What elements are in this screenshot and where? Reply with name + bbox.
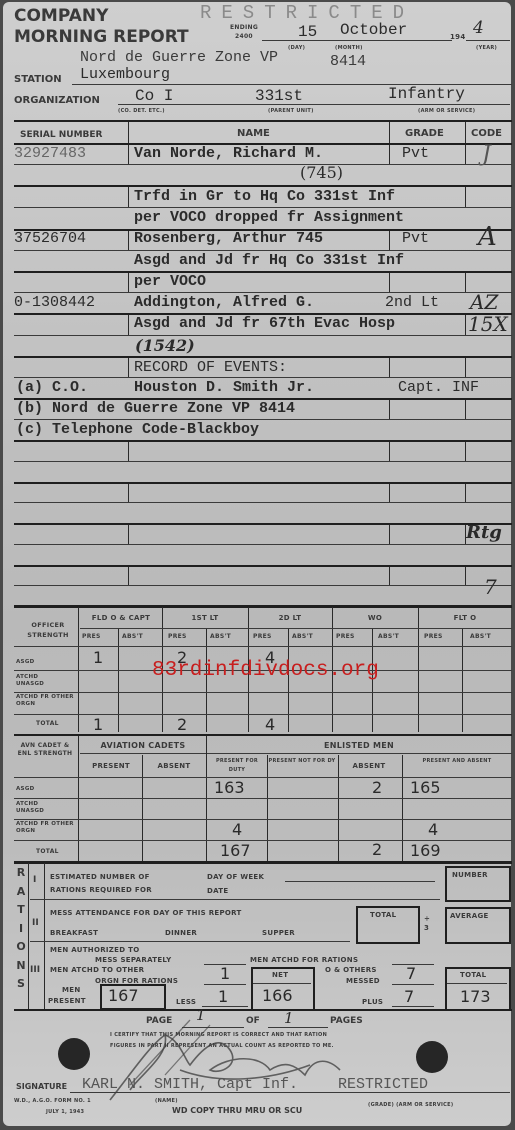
grid-line [14, 692, 512, 693]
rations-letter: O [15, 938, 27, 957]
roster-rule [14, 565, 512, 567]
org-company-caption: (CO. DET. ETC.) [118, 108, 165, 114]
col-divider [465, 400, 466, 419]
grid-line [44, 863, 45, 1009]
row-label-atchd-unasgd: ATCHD UNASGD [16, 801, 66, 815]
section-ii-numeral: II [32, 918, 39, 928]
men-atchd-for-rations-label: MEN ATCHD FOR RATIONS [250, 956, 358, 964]
grid-line [30, 941, 350, 942]
sub-col-pres: PRES [82, 633, 101, 640]
ending-time: 2400 [235, 33, 253, 40]
row-label-total: TOTAL [36, 720, 59, 727]
col-name: NAME [237, 128, 270, 139]
col-divider [128, 315, 129, 335]
roster-rule [14, 523, 512, 525]
serial-number: 0-1308442 [14, 294, 95, 311]
station-value: Luxembourg [80, 66, 170, 83]
col-present-not-for-duty: PRESENT NOT FOR DY [268, 757, 336, 766]
form-title-company: COMPANY [14, 6, 108, 26]
station-label: STATION [14, 74, 62, 85]
day-of-week-field [285, 881, 435, 882]
signature-typed-name: KARL N. SMITH, Capt Inf. [82, 1076, 298, 1093]
col-divider [465, 187, 466, 207]
col-divider [389, 567, 390, 585]
roster-note: (745) [300, 163, 343, 182]
margin-note: 7 [484, 575, 497, 599]
year-prefix: 194 [450, 33, 466, 41]
roster-rule [14, 440, 512, 442]
men-present-label: MEN [62, 986, 81, 994]
roster-rule [14, 461, 512, 462]
roster-note: Asgd and Jd fr 67th Evac Hosp [134, 315, 395, 332]
grid-line [206, 736, 207, 862]
col-divider [465, 122, 466, 143]
row-label-asgd: ASGD [16, 786, 35, 792]
roster-top-rule [14, 120, 512, 122]
rations-letter: I [15, 920, 27, 939]
roster-note: (1542) [135, 336, 195, 355]
grid-line [338, 755, 339, 862]
year-caption: (YEAR) [476, 45, 497, 51]
grid-line [14, 861, 512, 864]
organization-underline [118, 104, 510, 105]
aviation-cadets-label: AVIATION CADETS [80, 741, 206, 750]
mess-total-label: TOTAL [370, 911, 396, 919]
roster-name: Rosenberg, Arthur 745 [134, 230, 323, 247]
grid-line [462, 628, 463, 732]
grade: Pvt [402, 145, 429, 162]
row-label-asgd: ASGD [16, 659, 35, 665]
watermark: 83rdinfdivdocs.org [152, 659, 379, 682]
month-caption: (MONTH) [335, 45, 363, 51]
grid-line [118, 628, 119, 732]
group-1st-lt: 1ST LT [162, 614, 248, 622]
grid-line [14, 714, 512, 715]
roster-rule [14, 544, 512, 545]
atchd-other-value: 1 [220, 964, 230, 983]
row-label-total: TOTAL [36, 848, 59, 855]
status-code: J [482, 142, 491, 167]
col-divider [389, 484, 390, 502]
col-divider [389, 122, 390, 143]
col-divider [128, 525, 129, 544]
asgd-absent: 2 [372, 778, 382, 797]
status-code: A [478, 222, 497, 252]
col-divider [389, 400, 390, 419]
sub-col-pres: PRES [424, 633, 443, 640]
row-label-atchd-fr-other: ATCHD FR OTHER ORGN [16, 694, 76, 708]
margin-note: Rtg [466, 522, 502, 543]
o-others-label: O & OTHERS [325, 966, 377, 974]
name-caption: (NAME) [155, 1098, 178, 1104]
roster-rule [14, 250, 512, 251]
section-iii-numeral: III [30, 965, 40, 975]
estimated-rations-label: ESTIMATED NUMBER OF [50, 873, 150, 881]
report-day: 15 [298, 23, 317, 41]
officer-strength-title: OFFICER STRENGTH [18, 620, 78, 640]
ending-label: ENDING [230, 24, 258, 31]
col-divider [389, 358, 390, 377]
net-label: NET [272, 971, 288, 979]
col-absent: ABSENT [338, 762, 400, 770]
col-present-for-duty: PRESENT FOR DUTY [208, 757, 266, 775]
col-divider [389, 145, 390, 164]
grade: 2nd Lt [385, 294, 439, 311]
men-present-label: PRESENT [48, 997, 86, 1005]
rations-letter: T [15, 901, 27, 920]
signature-line [70, 1092, 510, 1093]
group-wo: WO [332, 614, 418, 622]
net-divider [253, 983, 311, 984]
form-id: W.D., A.G.O. FORM NO. 1 [14, 1098, 91, 1104]
roster-note: Asgd and Jd fr Hq Co 331st Inf [134, 252, 404, 269]
location-note: Nord de Guerre Zone VP [80, 49, 278, 66]
roster-note: per VOCO dropped fr Assignment [134, 209, 404, 226]
atchd-other-present-and-absent: 4 [428, 820, 438, 839]
less-value: 1 [218, 987, 228, 1006]
col-divider [389, 442, 390, 461]
messed-label: MESSED [346, 977, 380, 985]
col-divider [128, 273, 129, 292]
messed-field [392, 984, 434, 985]
sub-col-pres: PRES [253, 633, 272, 640]
row-label-atchd-unasgd: ATCHD UNASGD [16, 674, 66, 688]
men-authorized-label: MEN AUTHORIZED TO [50, 946, 139, 954]
roster-rule [14, 292, 512, 293]
year-suffix: 4 [473, 18, 484, 38]
location-grid: 8414 [330, 53, 366, 70]
row-label-atchd-fr-other: ATCHD FR OTHER ORGN [16, 821, 76, 835]
fld-capt-total-pres: 1 [93, 715, 103, 734]
organization-label: ORGANIZATION [14, 95, 100, 106]
grade: Pvt [402, 230, 429, 247]
less-label: LESS [176, 998, 196, 1006]
grid-line [14, 734, 512, 736]
grid-line [402, 755, 403, 862]
col-divider [465, 484, 466, 502]
group-flt-o: FLT O [418, 614, 512, 622]
roster-rule [14, 419, 512, 420]
rations-side-label: R A T I O N S [15, 864, 27, 994]
total-absent: 2 [372, 840, 382, 859]
number-label: NUMBER [452, 871, 488, 879]
section-i-numeral: I [33, 875, 36, 885]
col-divider [465, 358, 466, 377]
roster-bottom-rule [14, 605, 512, 608]
year-underline [466, 40, 510, 41]
sub-col-pres: PRES [168, 633, 187, 640]
sub-col-pres: PRES [336, 633, 355, 640]
atchd-other-present-for-duty: 4 [232, 820, 242, 839]
org-arm-caption: (ARM OR SERVICE) [418, 108, 475, 114]
col-divider [389, 525, 390, 544]
less-field [202, 1006, 248, 1007]
rations-letter: N [15, 957, 27, 976]
rations-letter: R [15, 864, 27, 883]
org-arm: Infantry [388, 85, 465, 103]
asgd-present-and-absent: 165 [410, 778, 441, 797]
col-divider [128, 187, 129, 207]
total-present-and-absent: 169 [410, 841, 441, 860]
col-divider [128, 484, 129, 502]
estimated-rations-label: RATIONS REQUIRED FOR [50, 886, 152, 894]
plus-field [392, 1006, 434, 1007]
roster-rule [14, 482, 512, 484]
enlisted-men-label: ENLISTED MEN [206, 741, 512, 750]
event-a-commanding-officer: Houston D. Smith Jr. [134, 379, 314, 396]
1st-lt-total-pres: 2 [177, 715, 187, 734]
roster-rule [14, 164, 512, 165]
roster-rule [14, 185, 512, 187]
org-company: Co I [135, 87, 173, 105]
roster-rule [14, 585, 512, 586]
rations-letter: S [15, 975, 27, 994]
grid-line [142, 755, 143, 862]
average-label: AVERAGE [450, 912, 489, 920]
org-parent: 331st [255, 87, 303, 105]
supper-label: SUPPER [262, 929, 295, 937]
grid-line [80, 628, 512, 629]
event-c-telephone-code: (c) Telephone Code-Blackboy [16, 421, 259, 438]
col-divider [389, 273, 390, 292]
col-grade: GRADE [405, 128, 444, 139]
roster-rule [14, 502, 512, 503]
col-divider [465, 567, 466, 585]
sub-col-abst: ABS'T [378, 633, 399, 640]
date-label: DATE [207, 887, 228, 895]
men-present-value: 167 [108, 986, 139, 1005]
date-underline [262, 40, 452, 41]
form-title-morning-report: MORNING REPORT [14, 27, 189, 47]
dinner-label: DINNER [165, 929, 197, 937]
grid-line [14, 646, 512, 647]
col-divider [465, 273, 466, 292]
sub-col-abst: ABS'T [470, 633, 491, 640]
day-of-week-label: DAY OF WEEK [207, 873, 264, 881]
status-code: AZ [470, 290, 498, 314]
grid-line [78, 736, 79, 862]
event-b-location: (b) Nord de Guerre Zone VP 8414 [16, 400, 295, 417]
status-code: 15X [468, 312, 508, 336]
roster-rule [14, 207, 512, 208]
event-a-label: (a) C.O. [16, 379, 88, 396]
col-divider [128, 231, 129, 250]
mess-attendance-label: MESS ATTENDANCE FOR DAY OF THIS REPORT [50, 909, 242, 917]
grid-line [28, 863, 29, 1009]
col-divider [465, 315, 466, 335]
plus-value: 7 [404, 987, 414, 1006]
signature-restricted-stamp: RESTRICTED [338, 1076, 428, 1093]
col-present-and-absent: PRESENT AND ABSENT [402, 757, 512, 766]
roster-rule [14, 335, 512, 336]
col-divider [389, 231, 390, 250]
col-serial-number: SERIAL NUMBER [20, 130, 102, 140]
2d-lt-total-pres: 4 [265, 715, 275, 734]
group-2d-lt: 2D LT [248, 614, 332, 622]
form-date: JULY 1, 1943 [46, 1109, 84, 1115]
men-atchd-other-label: MEN ATCHD TO OTHER [50, 966, 144, 974]
o-others-value: 7 [406, 964, 416, 983]
serial-number: 32927483 [14, 145, 86, 162]
col-cadet-absent: ABSENT [142, 762, 206, 770]
grid-line [14, 798, 512, 799]
col-divider [128, 567, 129, 585]
sub-col-abst: ABS'T [292, 633, 313, 640]
ration-total-value: 173 [460, 987, 491, 1006]
day-caption: (DAY) [288, 45, 305, 51]
record-of-events-heading: RECORD OF EVENTS: [134, 359, 287, 376]
enlisted-strength-title: AVN CADET & ENL STRENGTH [14, 742, 76, 758]
col-divider [128, 122, 129, 143]
divide-by-three: ÷ 3 [424, 915, 434, 933]
binder-hole-right [416, 1041, 448, 1073]
grid-line [30, 899, 440, 900]
mess-separately-label: MESS SEPARATELY [95, 956, 171, 964]
org-parent-caption: (PARENT UNIT) [268, 108, 314, 114]
grid-line [267, 755, 268, 862]
total-present-for-duty: 167 [220, 841, 251, 860]
roster-name: Van Norde, Richard M. [134, 145, 323, 162]
col-divider [465, 442, 466, 461]
roster-name: Addington, Alfred G. [134, 294, 314, 311]
report-month: October [340, 21, 407, 39]
serial-number: 37526704 [14, 230, 86, 247]
roster-note: per VOCO [134, 273, 206, 290]
grade-caption: (GRADE) (ARM OR SERVICE) [368, 1102, 453, 1108]
col-divider [128, 358, 129, 377]
asgd-present-for-duty: 163 [214, 778, 245, 797]
event-a-grade: Capt. INF [398, 379, 479, 396]
sub-col-abst: ABS'T [122, 633, 143, 640]
roster-note: Trfd in Gr to Hq Co 331st Inf [134, 188, 395, 205]
grid-line [80, 753, 512, 754]
handwritten-signature [70, 1015, 400, 1110]
ration-total-divider [447, 983, 507, 984]
roster-rule [14, 356, 512, 358]
col-code: CODE [471, 128, 502, 139]
col-cadet-present: PRESENT [80, 762, 142, 770]
col-divider [128, 145, 129, 164]
breakfast-label: BREAKFAST [50, 929, 98, 937]
roster-rule [14, 271, 512, 273]
net-value: 166 [262, 986, 293, 1005]
atchd-other-field [204, 984, 246, 985]
ration-total-label: TOTAL [460, 971, 486, 979]
plus-label: PLUS [362, 998, 383, 1006]
signature-label: SIGNATURE [16, 1082, 67, 1091]
roster-rule [14, 377, 512, 378]
copy-routing-note: WD COPY THRU MRU OR SCU [172, 1106, 302, 1115]
col-divider [465, 145, 466, 164]
fld-capt-asgd-pres: 1 [93, 648, 103, 667]
rations-letter: A [15, 883, 27, 902]
sub-col-abst: ABS'T [210, 633, 231, 640]
col-divider [128, 442, 129, 461]
group-fld-o-capt: FLD O & CAPT [80, 614, 162, 622]
